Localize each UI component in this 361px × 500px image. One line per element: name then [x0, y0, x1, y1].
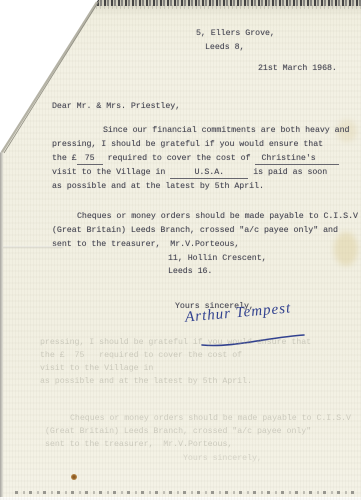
sender-address-line: Leeds 8,	[205, 43, 244, 53]
ghost-text-line: as possible and at the latest by 5th Apr…	[40, 377, 252, 387]
sender-address-line: 5, Ellers Grove,	[196, 29, 275, 39]
filled-blank-country: U.S.A.	[170, 168, 248, 179]
letter-date: 21st March 1968.	[258, 64, 337, 74]
folded-corner-edge	[0, 0, 104, 160]
fold-crease-line	[0, 246, 63, 248]
paper-smudge	[334, 232, 358, 266]
line-text: required to cover the cost of	[103, 154, 256, 163]
ghost-text-line: (Great Britain) Leeds Branch, crossed "a…	[45, 427, 311, 437]
line-text: visit to the Village in	[52, 168, 170, 177]
paragraph2-line: Cheques or money orders should be made p…	[77, 212, 358, 222]
paragraph2-line: sent to the treasurer, Mr.V.Porteous,	[52, 240, 239, 250]
bottom-torn-edge	[15, 491, 359, 494]
ghost-text-line: the £ 75 required to cover the cost of	[40, 351, 242, 361]
paper-stain-dot	[71, 474, 77, 480]
ghost-text-line: Yours sincerely,	[183, 454, 262, 464]
treasurer-address-line: Leeds 16.	[168, 267, 212, 277]
treasurer-address-line: 11, Hollin Crescent,	[168, 254, 267, 264]
paragraph2-line: (Great Britain) Leeds Branch, crossed "a…	[52, 226, 338, 236]
scanned-letter-page: 5, Ellers Grove, Leeds 8, 21st March 196…	[0, 0, 361, 500]
paragraph1-line: Since our financial commitments are both…	[103, 126, 349, 136]
ghost-text-line: visit to the Village in	[40, 364, 153, 374]
ghost-text-line: Cheques or money orders should be made p…	[70, 414, 351, 424]
filled-blank-name: Christine's	[255, 154, 339, 165]
torn-top-edge-shadow	[96, 5, 361, 9]
left-scan-edge	[0, 142, 3, 497]
ghost-text-line: pressing, I should be grateful if you wo…	[40, 338, 311, 348]
ghost-text-line: sent to the treasurer, Mr.V.Porteous,	[45, 440, 232, 450]
paragraph1-line-with-blanks: visit to the Village in U.S.A. is paid a…	[52, 168, 327, 179]
paragraph1-line: as possible and at the latest by 5th Apr…	[52, 182, 264, 192]
line-text: is paid as soon	[248, 168, 327, 177]
